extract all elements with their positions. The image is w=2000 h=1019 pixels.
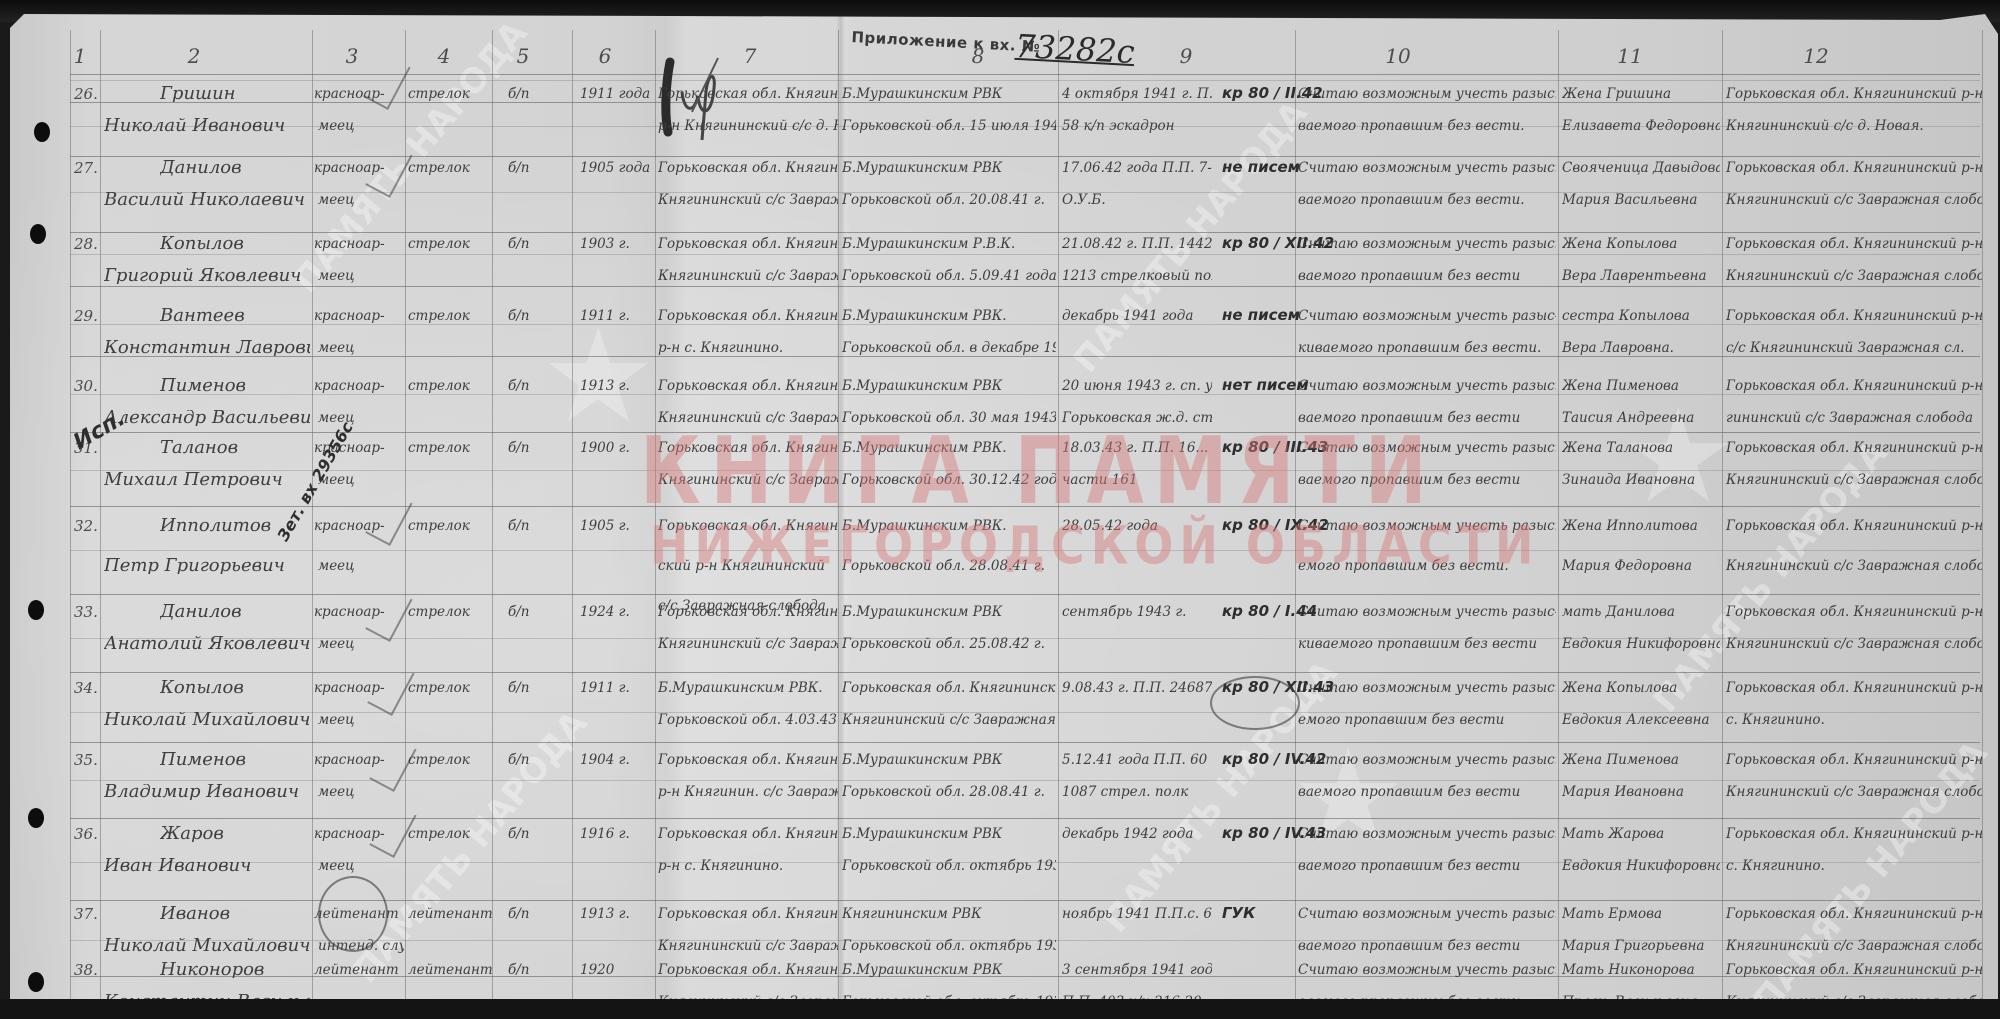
position: стрелок [408,440,492,456]
pencil-annotation: кр 80 / IV.42 [1222,750,1326,768]
party-status: б/п [508,378,568,394]
drafted-date: Горьковской обл. 30 мая 1943 г. [842,410,1056,426]
circumstance-cont: ваемого пропавшим без вести [1298,472,1556,488]
position: лейтенант интендант серв. [408,906,492,922]
pencil-annotation: кр 80 / I.44 [1222,602,1317,620]
birth-year: 1920 [580,962,654,978]
birthplace: Горьковская обл. Княгининский р-н [658,236,838,252]
row-rule [70,506,1980,507]
relative-name-cont: Мария Васильевна [1562,192,1720,208]
party-status: б/п [508,308,568,324]
drafted-date: Горьковской обл. 5.09.41 года [842,268,1056,284]
birthplace-cont: р-н Княгининский с/с д. Новая [658,118,838,134]
relative-name-cont: Мария Григорьевна [1562,938,1720,954]
column-number: 3 [346,44,359,68]
drafted-date: Горьковской обл. октябрь 1938 г. [842,858,1056,874]
relative-address: Горьковская обл. Княгининский р-н [1726,826,1982,842]
column-rule [572,30,573,1019]
birthplace: Б.Мурашкинским РВК. [658,680,838,696]
birth-year: 1905 года [580,160,654,176]
relative-name: сестра Копылова [1562,308,1720,324]
circumstance: Считаю возможным учесть разыски- [1298,752,1556,768]
birthplace: Горьковская обл. Княгининский [658,308,838,324]
last-report: 21.08.42 г. П.П. 1442 [1062,236,1212,252]
birthplace-cont: Княгининский с/с Завражная слоб. [658,636,838,652]
rank: красноар- [314,308,404,324]
circumstance-cont: ваемого пропавшим без вести [1298,268,1556,284]
surname: Никоноров [160,962,320,978]
rank-cont: меец [318,472,404,488]
relative-name-cont: Вера Лавровна. [1562,340,1720,356]
incoming-stamp-number: 73282с [1014,27,1136,71]
drafted-by: Б.Мурашкинским Р.В.К. [842,236,1056,252]
surname: Таланов [160,440,320,456]
row-rule [70,356,1980,357]
column-rule [1982,30,1983,1019]
relative-address: Горьковская обл. Княгининский р-н [1726,604,1982,620]
pencil-annotation: не писем [1222,158,1300,176]
header-rule [70,74,1980,75]
rank: красноар- [314,378,404,394]
birth-year: 1900 г. [580,440,654,456]
circumstance-cont: емого пропавшим без вести. [1298,558,1556,574]
column-rule [100,30,101,1019]
drafted-date: Горьковской обл. 25.08.42 г. [842,636,1056,652]
rank-cont: меец [318,118,404,134]
position: стрелок [408,826,492,842]
drafted-date: Горьковской обл. 20.08.41 г. [842,192,1056,208]
given-name-patronymic: Иван Иванович [104,858,310,874]
relative-name: Мать Жарова [1562,826,1720,842]
punch-hole [30,224,46,244]
relative-name-cont: Вера Лаврентьевна [1562,268,1720,284]
circumstance: Считаю возможным учесть разыс- [1298,604,1556,620]
drafted-date: Княгининский с/с Завражная сл. [842,712,1056,728]
relative-name: Мать Никонорова [1562,962,1720,978]
row-number: 26. [74,86,100,102]
birthplace: Горьковская обл. Княгининский [658,826,838,842]
row-number: 30. [74,378,100,394]
circle-mark [1210,676,1300,730]
position: стрелок [408,752,492,768]
row-number: 28. [74,236,100,252]
last-report-unit: 58 к/п эскадрон [1062,118,1212,134]
relative-name: Жена Пименова [1562,378,1720,394]
birth-year: 1924 г. [580,604,654,620]
birthplace-cont: Княгининский с/с Завражная слоб. [658,410,838,426]
relative-address: Горьковская обл. Княгининский р-н [1726,160,1982,176]
rank-cont: меец [318,858,404,874]
position: лейтенант взвода [408,962,492,978]
birthplace-cont: р-н с. Княгинино. [658,858,838,874]
given-name-patronymic: Петр Григорьевич [104,558,310,574]
circumstance: Считаю возможным учесть разыски- [1298,962,1556,978]
row-number: 33. [74,604,100,620]
circumstance: Считаю возможным учесть разыски- [1298,378,1556,394]
circumstance-cont: ваемого пропавшим без вести [1298,858,1556,874]
column-number: 6 [599,44,612,68]
row-number: 29. [74,308,100,324]
drafted-by: Княгининским РВК [842,906,1056,922]
surname: Вантеев [160,308,320,324]
circumstance: Считаю возможным учесть разыски- [1298,160,1556,176]
relative-address-cont: Княгининский с/с Завражная слобода [1726,558,1982,574]
relative-address-cont: Княгининский с/с Завражная слобода [1726,938,1982,954]
circumstance: Считаю возможным учесть разыски- [1298,906,1556,922]
drafted-by: Б.Мурашкинским РВК [842,378,1056,394]
birthplace-cont: Княгининский с/с Завражная слоб. [658,268,838,284]
position: стрелок [408,86,492,102]
party-status: б/п [508,752,568,768]
drafted-date: Горьковской обл. 28.08.41 г. [842,558,1056,574]
surname: Жаров [160,826,320,842]
drafted-date: Горьковской обл. в декабре 1941 г. [842,340,1056,356]
column-rule [1058,30,1059,1019]
relative-name-cont: Мария Ивановна [1562,784,1720,800]
last-report: декабрь 1942 года [1062,826,1212,842]
column-number: 1 [74,44,87,68]
relative-name-cont: Евдокия Никифоровна [1562,636,1720,652]
relative-address: Горьковская обл. Княгининский р-н [1726,86,1982,102]
last-report: 5.12.41 года П.П. 60 [1062,752,1212,768]
party-status: б/п [508,826,568,842]
last-report: 20 июня 1943 г. сп. учебная [1062,378,1212,394]
relative-name: Жена Копылова [1562,680,1720,696]
row-number: 38. [74,962,100,978]
column-rule [655,30,656,1019]
drafted-by: Б.Мурашкинским РВК. [842,440,1056,456]
party-status: б/п [508,236,568,252]
row-rule [70,470,1980,471]
birthplace-cont: ский р-н Княгининский [658,558,838,574]
last-report: 4 октября 1941 г. П.П. 7-ой [1062,86,1212,102]
circumstance: Считаю возможным учесть разыскива- [1298,680,1556,696]
birthplace: Горьковская обл. Княгининский р-н [658,440,838,456]
rank-cont: меец [318,268,404,284]
column-number: 9 [1180,44,1193,68]
position: стрелок [408,308,492,324]
birth-year: 1905 г. [580,518,654,534]
birthplace: Горьковская обл. Княгинин- [658,518,838,534]
column-rule [492,30,493,1019]
relative-address: Горьковская обл. Княгининский р-н Кня- [1726,378,1982,394]
circumstance-cont: ваемого пропавшим без вести [1298,784,1556,800]
circumstance-cont: ваемого пропавшим без вести [1298,410,1556,426]
circumstance-cont: киваемого пропавшим без вести. [1298,340,1556,356]
birthplace: Горьковская обл. Княгининский [658,752,838,768]
relative-address-cont: Княгининский с/с Завражная слобода [1726,636,1982,652]
given-name-patronymic: Анатолий Яковлевич [104,636,310,652]
surname: Пименов [160,378,320,394]
birth-year: 1903 г. [580,236,654,252]
relative-name-cont: Елизавета Федоровна [1562,118,1720,134]
row-rule [70,394,1980,395]
relative-address: Горьковская обл. Княгининский р-н [1726,236,1982,252]
relative-name: Жена Таланова [1562,440,1720,456]
birth-year: 1916 г. [580,826,654,842]
row-rule [70,594,1980,595]
party-status: б/п [508,604,568,620]
rank: красноар- [314,236,404,252]
party-status: б/п [508,906,568,922]
position: стрелок [408,680,492,696]
circumstance-cont: ваемого пропавшим без вести. [1298,192,1556,208]
relative-address: Горьковская обл. Княгининский р-н [1726,308,1982,324]
surname: Иванов [160,906,320,922]
column-number: 11 [1617,44,1642,68]
scan-bottom-edge [0,999,2000,1019]
given-name-patronymic: Николай Иванович [104,118,310,134]
drafted-by: Б.Мурашкинским РВК. [842,518,1056,534]
relative-address-cont: с/с Княгининский Завражная сл. [1726,340,1982,356]
birthplace-cont: р-н Княгинин. с/с Завражная сл. [658,784,838,800]
given-name-patronymic: Александр Васильевич [104,410,310,426]
punch-hole [28,972,44,992]
position: стрелок [408,518,492,534]
position: стрелок [408,160,492,176]
relative-address-cont: Княгининский с/с Завражная слобода [1726,472,1982,488]
birth-year: 1913 г. [580,378,654,394]
row-rule [70,254,1980,255]
relative-address: Горьковская обл. Княгининский р-н [1726,906,1982,922]
row-number: 37. [74,906,100,922]
birthplace: Горьковская обл. Княгининский р-н [658,604,838,620]
relative-address-cont: гининский с/с Завражная слобода [1726,410,1982,426]
surname: Копылов [160,680,320,696]
relative-address: Горьковская обл. Княгининский р-н [1726,962,1982,978]
party-status: б/п [508,680,568,696]
column-rule [405,30,406,1019]
drafted-by: Б.Мурашкинским РВК [842,752,1056,768]
given-name-patronymic: Григорий Яковлевич [104,268,310,284]
relative-address-cont: с. Княгинино. [1726,712,1982,728]
last-report: 3 сентября 1941 года [1062,962,1212,978]
drafted-date: Горьковской обл. 28.08.41 г. [842,784,1056,800]
surname: Пименов [160,752,320,768]
birthplace: Горьковская обл. Княгининский [658,86,838,102]
circumstance: Считаю возможным учесть разыски- [1298,236,1556,252]
given-name-patronymic: Николай Михайлович [104,938,310,954]
birthplace: Горьковская обл. Княгининский р-н [658,906,838,922]
row-rule [70,550,1980,551]
row-number: 35. [74,752,100,768]
drafted-date: Горьковской обл. 30.12.42 года. [842,472,1056,488]
pencil-annotation: кр 80 / IX.42 [1222,516,1329,534]
header-rule [70,80,1980,81]
row-rule [70,232,1980,233]
circumstance-cont: ваемого пропавшим без вести [1298,938,1556,954]
row-rule [70,324,1980,325]
relative-address: Горьковская обл. Княгининский р-н [1726,518,1982,534]
column-number: 10 [1385,44,1410,68]
rank: лейтенант [314,962,404,978]
relative-name-cont: Зинаида Ивановна [1562,472,1720,488]
last-report: 18.03.43 г. П.П. 16... [1062,440,1212,456]
given-name-patronymic: Михаил Петрович [104,472,310,488]
relative-address-cont: Княгининский с/с Завражная слобода [1726,784,1982,800]
birthplace-cont: Княгининский с/с Завражная сл. [658,938,838,954]
row-rule [70,780,1980,781]
given-name-patronymic: Василий Николаевич [104,192,310,208]
given-name-patronymic: Николай Михайлович [104,712,310,728]
birthplace-cont: Горьковской обл. 4.03.43 г. [658,712,838,728]
circumstance-cont: емого пропавшим без вести [1298,712,1556,728]
circumstance: Считаю возможным учесть разыски- [1298,440,1556,456]
birth-year: 1913 г. [580,906,654,922]
relative-address-cont: Княгининский с/с д. Новая. [1726,118,1982,134]
birthplace-cont: Княгининский с/с Завражная слоб. [658,472,838,488]
relative-name-cont: Евдокия Никифоровна [1562,858,1720,874]
birthplace: Горьковская обл. Княгининский р-н [658,160,838,176]
column-number: 2 [188,44,201,68]
relative-name: Жена Ипполитова [1562,518,1720,534]
birth-year: 1911 года [580,86,654,102]
relative-address-cont: с. Княгинино. [1726,858,1982,874]
party-status: б/п [508,962,568,978]
drafted-by: Б.Мурашкинским РВК [842,604,1056,620]
row-rule [70,742,1980,743]
relative-name-cont: Мария Федоровна [1562,558,1720,574]
row-rule [70,672,1980,673]
drafted-date: Горьковской обл. октябрь 1930 г. [842,938,1056,954]
last-report: 28.05.42 года [1062,518,1212,534]
position: стрелок [408,604,492,620]
given-name-patronymic: Константин Лаврович [104,340,310,356]
last-report: 17.06.42 года П.П. 7-ой [1062,160,1212,176]
position: стрелок [408,378,492,394]
last-report-unit: О.У.Б. [1062,192,1212,208]
birthplace: Горьковская обл. Княгининский р-н [658,378,838,394]
birth-year: 1904 г. [580,752,654,768]
last-report: ноябрь 1941 П.П.с. 68 [1062,906,1212,922]
circumstance-cont: киваемого пропавшим без вести [1298,636,1556,652]
circumstance-cont: ваемого пропавшим без вести. [1298,118,1556,134]
pencil-annotation: кр 80 / XII.42 [1222,234,1334,252]
last-report-unit: 1087 стрел. полк [1062,784,1212,800]
row-number: 27. [74,160,100,176]
row-number: 32. [74,518,100,534]
party-status: б/п [508,86,568,102]
column-rule [70,30,71,1019]
row-rule [70,432,1980,433]
last-report-unit: 1213 стрелковый полк [1062,268,1212,284]
relative-name: Жена Пименова [1562,752,1720,768]
column-number: 5 [517,44,530,68]
punch-hole [28,808,44,828]
relative-address-cont: Княгининский с/с Завражная слобода [1726,268,1982,284]
party-status: б/п [508,518,568,534]
surname: Данилов [160,604,320,620]
drafted-by: Б.Мурашкинским РВК. [842,308,1056,324]
column-number: 12 [1803,44,1828,68]
drafted-by: Б.Мурашкинским РВК [842,160,1056,176]
birthplace-cont: р-н с. Княгинино. [658,340,838,356]
rank-cont: меец [318,410,404,426]
pencil-annotation: нет писем [1222,376,1309,394]
circumstance: Считаю возможным учесть разыски- [1298,826,1556,842]
drafted-by: Б.Мурашкинским РВК [842,86,1056,102]
row-rule [70,156,1980,157]
last-report: 9.08.43 г. П.П. 24687-25 [1062,680,1212,696]
column-rule [1722,30,1723,1019]
circumstance: Считаю возможным учесть разыс- [1298,308,1556,324]
birthplace: Горьковская обл. Княгининский р-н [658,962,838,978]
pencil-annotation: ГУК [1222,904,1255,922]
row-rule [70,818,1980,819]
relative-name: Мать Ермова [1562,906,1720,922]
last-report-unit: Горьковская ж.д. ст. 4/20 учеб. бат. [1062,410,1212,426]
relative-address: Горьковская обл. Княгининский р-н [1726,440,1982,456]
relative-address-cont: Княгининский с/с Завражная слобода [1726,192,1982,208]
drafted-by: Б.Мурашкинским РВК [842,962,1056,978]
drafted-by: Горьковская обл. Княгининский р-н [842,680,1056,696]
birth-year: 1911 г. [580,308,654,324]
drafted-by: Б.Мурашкинским РВК [842,826,1056,842]
rank-cont: меец [318,558,404,574]
circumstance: Считаю возможным учесть разыскива- [1298,518,1556,534]
pencil-annotation: не писем [1222,306,1300,324]
rank-cont: меец [318,340,404,356]
row-rule [70,102,1980,103]
column-number: 7 [744,44,757,68]
party-status: б/п [508,160,568,176]
last-report: сентябрь 1943 г. [1062,604,1212,620]
surname: Данилов [160,160,320,176]
circumstance: Считаю возможным учесть разыски- [1298,86,1556,102]
relative-name: Жена Копылова [1562,236,1720,252]
circle-mark [318,876,388,952]
pencil-annotation: кр 80 / IV.43 [1222,824,1326,842]
party-status: б/п [508,440,568,456]
row-number: 36. [74,826,100,842]
column-rule [1558,30,1559,1019]
relative-address: Горьковская обл. Княгининский р-н [1726,752,1982,768]
surname: Гришин [160,86,320,102]
pencil-annotation: кр 80 / II.42 [1222,84,1323,102]
column-number: 4 [438,44,451,68]
position: стрелок [408,236,492,252]
relative-address: Горьковская обл. Княгининский р-н [1726,680,1982,696]
row-number: 34. [74,680,100,696]
pencil-annotation: кр 80 / III.43 [1222,438,1328,456]
relative-name-cont: Таисия Андреевна [1562,410,1720,426]
last-report-unit: части 161 [1062,472,1212,488]
birthplace-cont: Княгининский с/с Завражная слобода [658,192,838,208]
relative-name-cont: Евдокия Алексеевна [1562,712,1720,728]
row-rule [70,286,1980,287]
punch-hole [28,600,44,620]
last-report: декабрь 1941 года [1062,308,1212,324]
given-name-patronymic: Владимир Иванович [104,784,310,800]
birth-year: 1911 г. [580,680,654,696]
drafted-date: Горьковской обл. 15 июля 1941 г. [842,118,1056,134]
relative-name: Свояченица Давыдова [1562,160,1720,176]
surname: Копылов [160,236,320,252]
punch-hole [34,122,50,142]
column-rule [838,30,839,1019]
relative-name: мать Данилова [1562,604,1720,620]
relative-name: Жена Гришина [1562,86,1720,102]
